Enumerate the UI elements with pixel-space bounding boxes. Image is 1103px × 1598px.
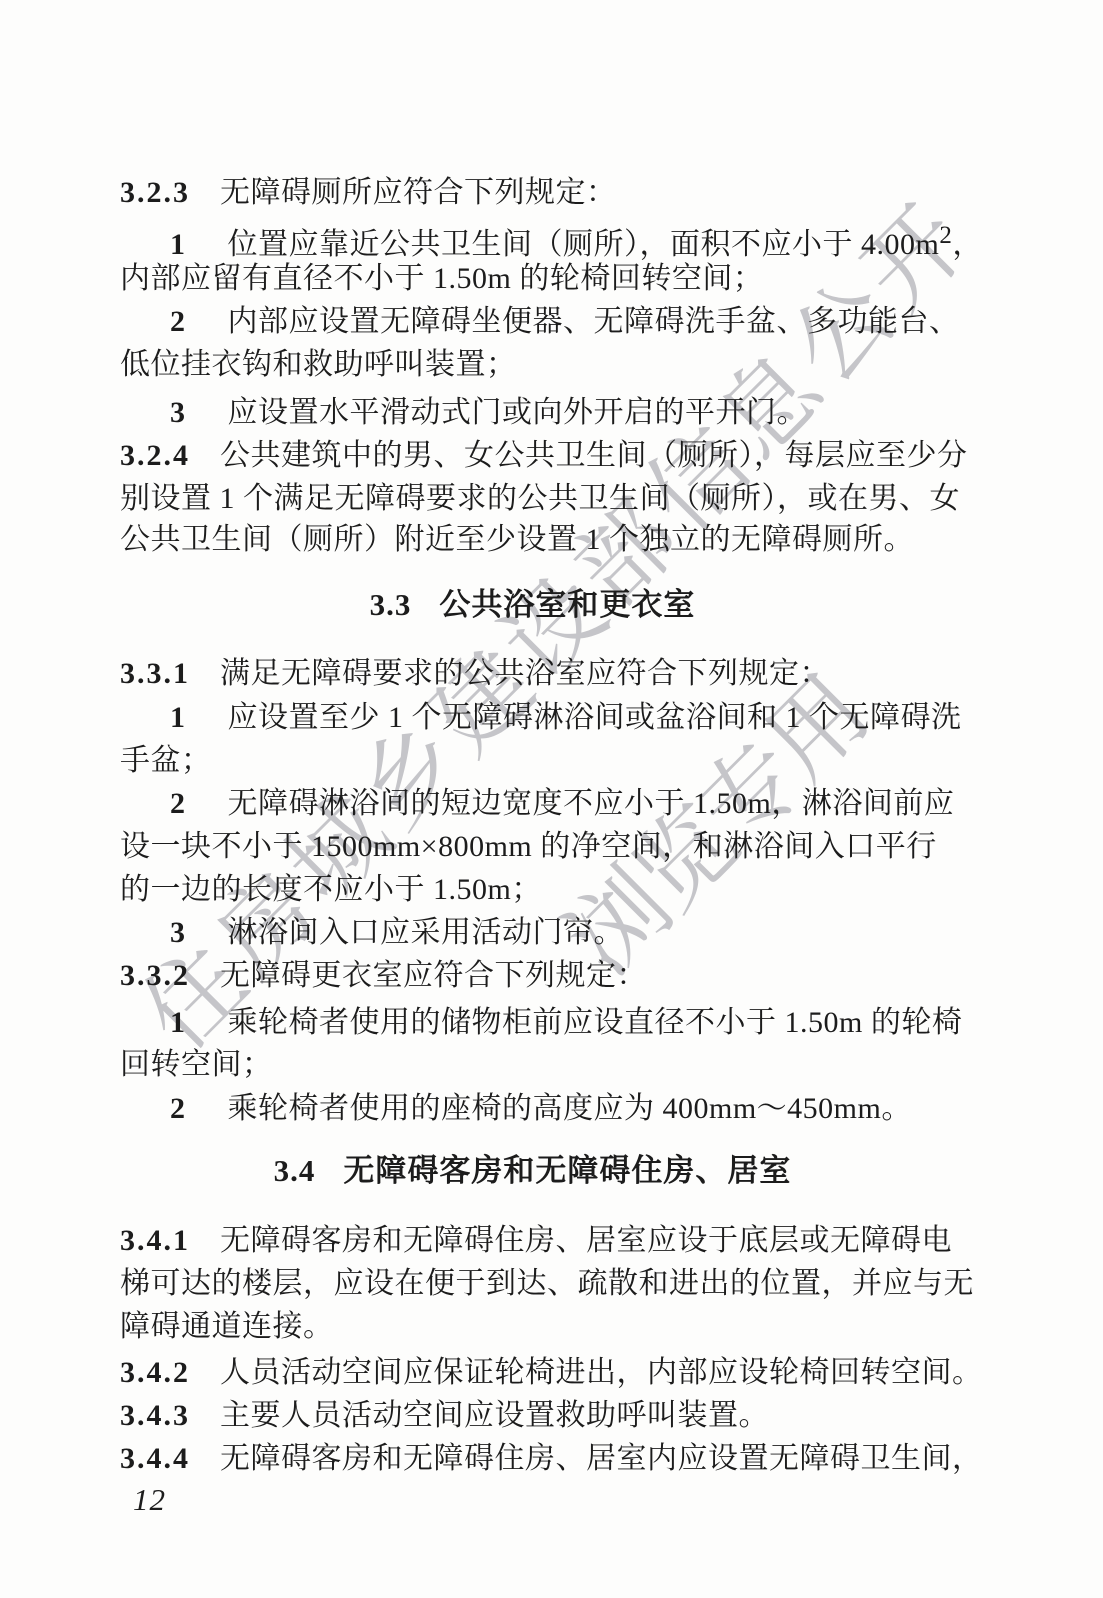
continuation-line: 手盆；: [120, 739, 945, 782]
line-text: 乘轮椅者使用的储物柜前应设直径不小于 1.50m 的轮椅: [228, 1006, 963, 1039]
item-number: 1: [170, 701, 186, 734]
item-number: 3: [170, 916, 186, 949]
item-number: 2: [170, 1092, 186, 1125]
clause-number: 3.4.2: [120, 1356, 190, 1389]
item-number: 3: [170, 396, 186, 429]
line-text: 低位挂衣钩和救助呼叫装置；: [120, 348, 517, 381]
item-number: 2: [170, 787, 186, 820]
line-text: 内部应设置无障碍坐便器、无障碍洗手盆、多功能台、: [228, 305, 960, 338]
clause-number: 3.2.3: [120, 176, 190, 209]
section-heading-number: 3.4: [274, 1153, 316, 1188]
section-heading-title: 公共浴室和更衣室: [439, 587, 695, 622]
clause-line: 3.4.1无障碍客房和无障碍住房、居室应设于底层或无障碍电: [120, 1219, 945, 1262]
line-text: 的一边的长度不应小于 1.50m；: [120, 873, 542, 906]
document-content: 3.2.3无障碍厕所应符合下列规定：1位置应靠近公共卫生间（厕所），面积不应小于…: [0, 0, 1103, 1598]
line-text: 无障碍厕所应符合下列规定：: [220, 176, 617, 209]
section-heading: 3.4无障碍客房和无障碍住房、居室: [120, 1149, 945, 1193]
line-text: 淋浴间入口应采用活动门帘。: [228, 916, 625, 949]
superscript: 2: [939, 222, 952, 249]
clause-line: 3.4.4无障碍客房和无障碍住房、居室内应设置无障碍卫生间，: [120, 1437, 945, 1480]
clause-line: 3.3.2无障碍更衣室应符合下列规定：: [120, 954, 945, 997]
line-text: 手盆；: [120, 744, 212, 777]
clause-number: 3.4.4: [120, 1442, 190, 1475]
continuation-line: 别设置 1 个满足无障碍要求的公共卫生间（厕所），或在男、女: [120, 477, 945, 520]
line-text: 设一块不小于 1500mm×800mm 的净空间，和淋浴间入口平行: [120, 830, 937, 863]
line-text: 无障碍客房和无障碍住房、居室内应设置无障碍卫生间，: [220, 1442, 983, 1475]
line-text: 无障碍淋浴间的短边宽度不应小于 1.50m，淋浴间前应: [228, 787, 955, 820]
continuation-line: 障碍通道连接。: [120, 1305, 945, 1348]
line-text: 障碍通道连接。: [120, 1310, 334, 1343]
item-number: 1: [170, 1006, 186, 1039]
continuation-line: 梯可达的楼层，应设在便于到达、疏散和进出的位置，并应与无: [120, 1262, 945, 1305]
line-text: 应设置水平滑动式门或向外开启的平开门。: [228, 396, 808, 429]
line-text: 别设置 1 个满足无障碍要求的公共卫生间（厕所），或在男、女: [120, 482, 960, 515]
line-text-tail: ，: [952, 228, 983, 261]
line-text: 人员活动空间应保证轮椅进出，内部应设轮椅回转空间。: [220, 1356, 983, 1389]
document-page: 住房城乡建设部信息公开浏览专用 3.2.3无障碍厕所应符合下列规定：1位置应靠近…: [0, 0, 1103, 1598]
continuation-line: 设一块不小于 1500mm×800mm 的净空间，和淋浴间入口平行: [120, 825, 945, 868]
section-heading: 3.3公共浴室和更衣室: [120, 583, 945, 627]
item-line: 3应设置水平滑动式门或向外开启的平开门。: [120, 391, 945, 434]
clause-line: 3.4.3主要人员活动空间应设置救助呼叫装置。: [120, 1394, 945, 1437]
item-number: 2: [170, 305, 186, 338]
continuation-line: 内部应留有直径不小于 1.50m 的轮椅回转空间；: [120, 257, 945, 300]
line-text: 满足无障碍要求的公共浴室应符合下列规定：: [220, 657, 830, 690]
section-heading-number: 3.3: [370, 587, 412, 622]
clause-line: 3.2.4公共建筑中的男、女公共卫生间（厕所），每层应至少分: [120, 434, 945, 477]
item-line: 3淋浴间入口应采用活动门帘。: [120, 911, 945, 954]
continuation-line: 的一边的长度不应小于 1.50m；: [120, 868, 945, 911]
clause-number: 3.4.1: [120, 1224, 190, 1257]
page-number: 12: [133, 1482, 166, 1518]
line-text: 主要人员活动空间应设置救助呼叫装置。: [220, 1399, 769, 1432]
clause-number: 3.4.3: [120, 1399, 190, 1432]
clause-number: 3.3.1: [120, 657, 190, 690]
clause-line: 3.3.1满足无障碍要求的公共浴室应符合下列规定：: [120, 652, 945, 695]
clause-number: 3.3.2: [120, 959, 190, 992]
line-text: 无障碍客房和无障碍住房、居室应设于底层或无障碍电: [220, 1224, 952, 1257]
line-text: 回转空间；: [120, 1048, 273, 1081]
clause-line: 3.2.3无障碍厕所应符合下列规定：: [120, 171, 945, 214]
item-line: 2乘轮椅者使用的座椅的高度应为 400mm～450mm。: [120, 1087, 945, 1130]
continuation-line: 回转空间；: [120, 1043, 945, 1086]
item-line: 1乘轮椅者使用的储物柜前应设直径不小于 1.50m 的轮椅: [120, 1001, 945, 1044]
line-text: 应设置至少 1 个无障碍淋浴间或盆浴间和 1 个无障碍洗: [228, 701, 962, 734]
line-text: 公共建筑中的男、女公共卫生间（厕所），每层应至少分: [220, 439, 968, 472]
item-line: 2内部应设置无障碍坐便器、无障碍洗手盆、多功能台、: [120, 300, 945, 343]
clause-number: 3.2.4: [120, 439, 190, 472]
continuation-line: 低位挂衣钩和救助呼叫装置；: [120, 343, 945, 386]
line-text: 乘轮椅者使用的座椅的高度应为 400mm～450mm。: [228, 1092, 912, 1125]
line-text: 公共卫生间（厕所）附近至少设置 1 个独立的无障碍厕所。: [120, 523, 914, 556]
continuation-line: 公共卫生间（厕所）附近至少设置 1 个独立的无障碍厕所。: [120, 518, 945, 561]
line-text: 无障碍更衣室应符合下列规定：: [220, 959, 647, 992]
line-text: 梯可达的楼层，应设在便于到达、疏散和进出的位置，并应与无: [120, 1267, 974, 1300]
section-heading-title: 无障碍客房和无障碍住房、居室: [343, 1153, 791, 1188]
line-text: 内部应留有直径不小于 1.50m 的轮椅回转空间；: [120, 262, 763, 295]
clause-line: 3.4.2人员活动空间应保证轮椅进出，内部应设轮椅回转空间。: [120, 1351, 945, 1394]
item-line: 2无障碍淋浴间的短边宽度不应小于 1.50m，淋浴间前应: [120, 782, 945, 825]
item-line: 1应设置至少 1 个无障碍淋浴间或盆浴间和 1 个无障碍洗: [120, 696, 945, 739]
